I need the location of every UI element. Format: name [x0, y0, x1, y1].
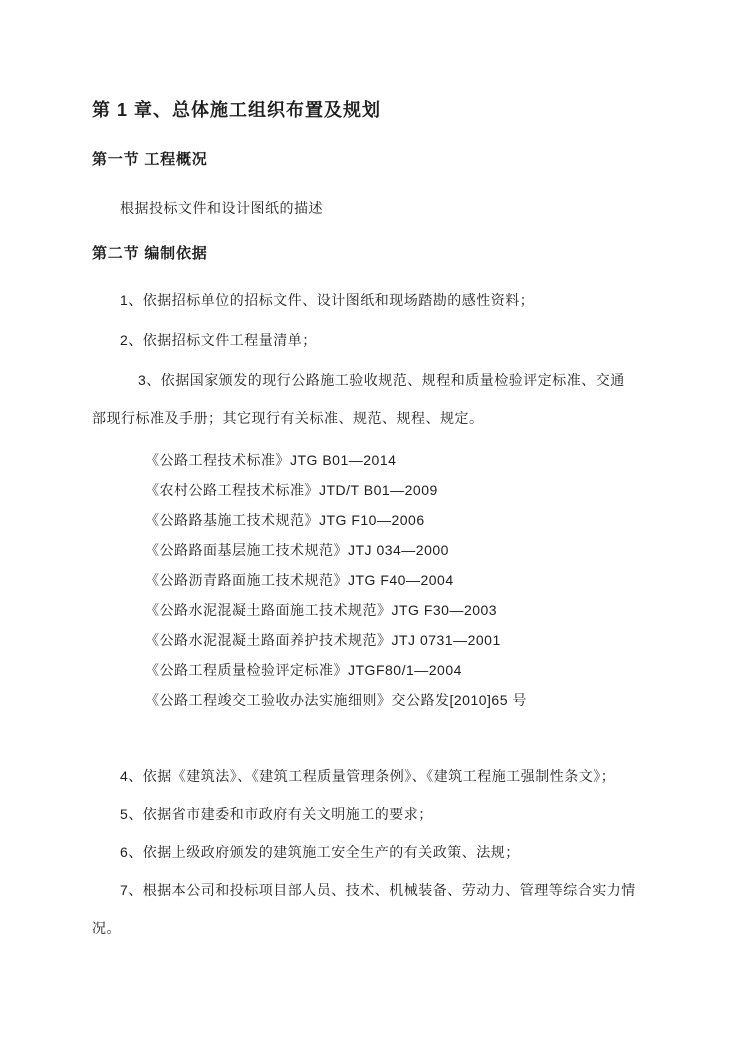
- basis-item-1: 1、依据招标单位的招标文件、设计图纸和现场踏勘的感性资料；: [92, 290, 658, 310]
- chapter-title: 第 1 章、总体施工组织布置及规划: [92, 98, 658, 122]
- standard-item: 《公路工程质量检验评定标准》JTGF80/1—2004: [92, 660, 658, 680]
- basis-item-5: 5、依据省市建委和市政府有关文明施工的要求；: [92, 804, 658, 824]
- basis-item-4: 4、依据《建筑法》、《建筑工程质量管理条例》、《建筑工程施工强制性条文》；: [92, 766, 658, 786]
- standard-item: 《公路水泥混凝土路面施工技术规范》JTG F30—2003: [92, 600, 658, 620]
- standard-item: 《公路路基施工技术规范》JTG F10—2006: [92, 510, 658, 530]
- standard-item: 《公路水泥混凝土路面养护技术规范》JTJ 0731—2001: [92, 630, 658, 650]
- paragraph-project-overview: 根据投标文件和设计图纸的描述: [92, 198, 658, 218]
- document-page: 第 1 章、总体施工组织布置及规划 第一节 工程概况 根据投标文件和设计图纸的描…: [0, 0, 744, 1052]
- basis-item-3-line-2: 部现行标准及手册；其它现行有关标准、规范、规程、规定。: [92, 408, 658, 428]
- standard-item: 《公路工程竣交工验收办法实施细则》交公路发[2010]65 号: [92, 690, 658, 710]
- standard-item: 《公路工程技术标准》JTG B01—2014: [92, 450, 658, 470]
- basis-item-7-line-1: 7、根据本公司和投标项目部人员、技术、机械装备、劳动力、管理等综合实力情: [92, 880, 658, 900]
- section-heading-project-overview: 第一节 工程概况: [92, 150, 658, 170]
- standard-item: 《农村公路工程技术标准》JTD/T B01—2009: [92, 480, 658, 500]
- basis-item-3-line-1: 3、依据国家颁发的现行公路施工验收规范、规程和质量检验评定标准、交通: [92, 370, 658, 390]
- basis-item-2: 2、依据招标文件工程量清单；: [92, 330, 658, 350]
- standard-item: 《公路路面基层施工技术规范》JTJ 034—2000: [92, 540, 658, 560]
- standard-item: 《公路沥青路面施工技术规范》JTG F40—2004: [92, 570, 658, 590]
- basis-item-7-line-2: 况。: [92, 918, 658, 938]
- basis-item-6: 6、依据上级政府颁发的建筑施工安全生产的有关政策、法规；: [92, 842, 658, 862]
- section-heading-compilation-basis: 第二节 编制依据: [92, 244, 658, 264]
